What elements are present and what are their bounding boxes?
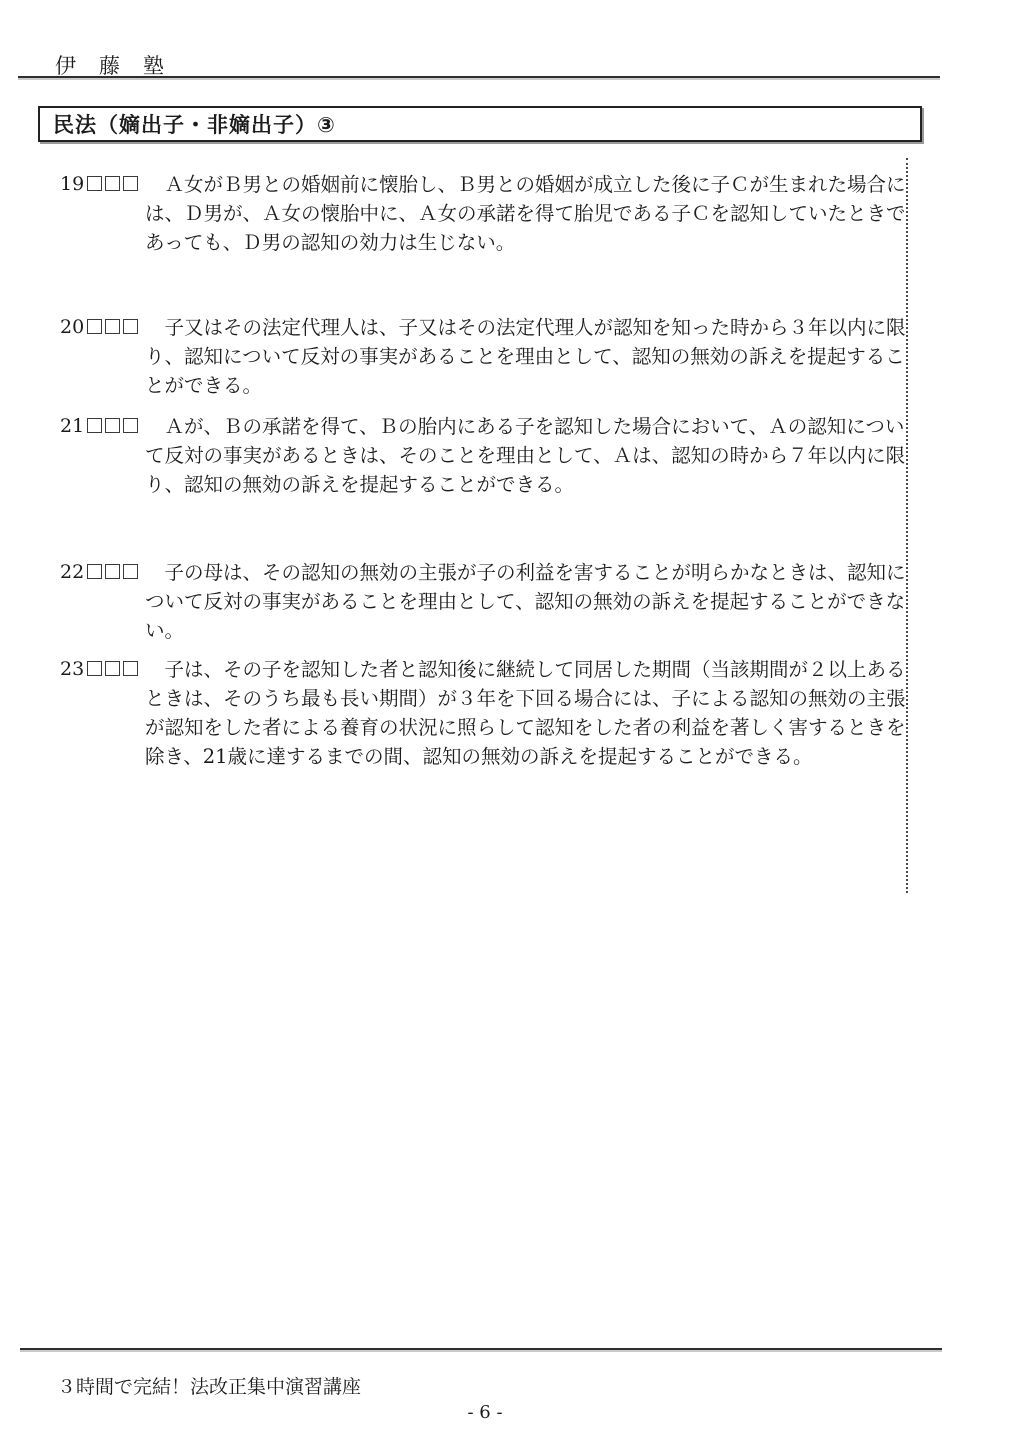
answer-checkbox-icon — [123, 319, 138, 334]
page-number: - 6 - — [0, 1402, 970, 1423]
question-item: 20 子又はその法定代理人は、子又はその法定代理人が認知を知った時から３年以内に… — [60, 313, 908, 400]
answer-checkbox-icon — [87, 418, 102, 433]
answer-checkbox-icon — [123, 661, 138, 676]
section-title-box: 民法（嫡出子・非嫡出子）③ — [38, 106, 922, 142]
question-text: 子の母は、その認知の無効の主張が子の利益を害することが明らかなときは、認知につい… — [145, 558, 908, 645]
question-marker: 21 — [60, 412, 145, 441]
answer-checkbox-icon — [87, 176, 102, 191]
question-number: 19 — [60, 173, 84, 195]
answer-checkbox-icon — [123, 564, 138, 579]
question-item: 23 子は、その子を認知した者と認知後に継続して同居した期間（当該期間が２以上あ… — [60, 655, 908, 771]
question-text: 子は、その子を認知した者と認知後に継続して同居した期間（当該期間が２以上あるとき… — [145, 655, 908, 771]
footer-course-title: ３時間で完結！法改正集中演習講座 — [57, 1372, 361, 1399]
answer-checkbox-icon — [105, 319, 120, 334]
answer-checkbox-icon — [87, 319, 102, 334]
answer-checkbox-icon — [105, 176, 120, 191]
question-marker: 23 — [60, 655, 145, 684]
answer-checkbox-icon — [105, 418, 120, 433]
question-marker: 20 — [60, 313, 145, 342]
answer-checkbox-icon — [105, 661, 120, 676]
question-number: 23 — [60, 658, 84, 680]
question-item: 22 子の母は、その認知の無効の主張が子の利益を害することが明らかなときは、認知… — [60, 558, 908, 645]
question-number: 20 — [60, 316, 84, 338]
question-text: Ａが、Ｂの承諾を得て、Ｂの胎内にある子を認知した場合において、Ａの認知について反… — [145, 412, 908, 499]
document-page: 伊 藤 塾 民法（嫡出子・非嫡出子）③ 19 Ａ女がＢ男との婚姻前に懐胎し、Ｂ男… — [0, 0, 1036, 1454]
question-number: 22 — [60, 561, 84, 583]
section-title: 民法（嫡出子・非嫡出子）③ — [40, 109, 336, 139]
footer-rule — [20, 1348, 942, 1350]
answer-checkbox-icon — [87, 564, 102, 579]
right-dotted-rule — [906, 158, 908, 893]
answer-checkbox-icon — [123, 176, 138, 191]
question-item: 19 Ａ女がＢ男との婚姻前に懐胎し、Ｂ男との婚姻が成立した後に子Ｃが生まれた場合… — [60, 170, 908, 257]
question-marker: 19 — [60, 170, 145, 199]
question-marker: 22 — [60, 558, 145, 587]
header-rule — [18, 76, 940, 78]
answer-checkbox-icon — [123, 418, 138, 433]
answer-checkbox-icon — [87, 661, 102, 676]
answer-checkbox-icon — [105, 564, 120, 579]
question-text: Ａ女がＢ男との婚姻前に懐胎し、Ｂ男との婚姻が成立した後に子Ｃが生まれた場合には、… — [145, 170, 908, 257]
question-item: 21 Ａが、Ｂの承諾を得て、Ｂの胎内にある子を認知した場合において、Ａの認知につ… — [60, 412, 908, 499]
question-text: 子又はその法定代理人は、子又はその法定代理人が認知を知った時から３年以内に限り、… — [145, 313, 908, 400]
question-number: 21 — [60, 415, 84, 437]
